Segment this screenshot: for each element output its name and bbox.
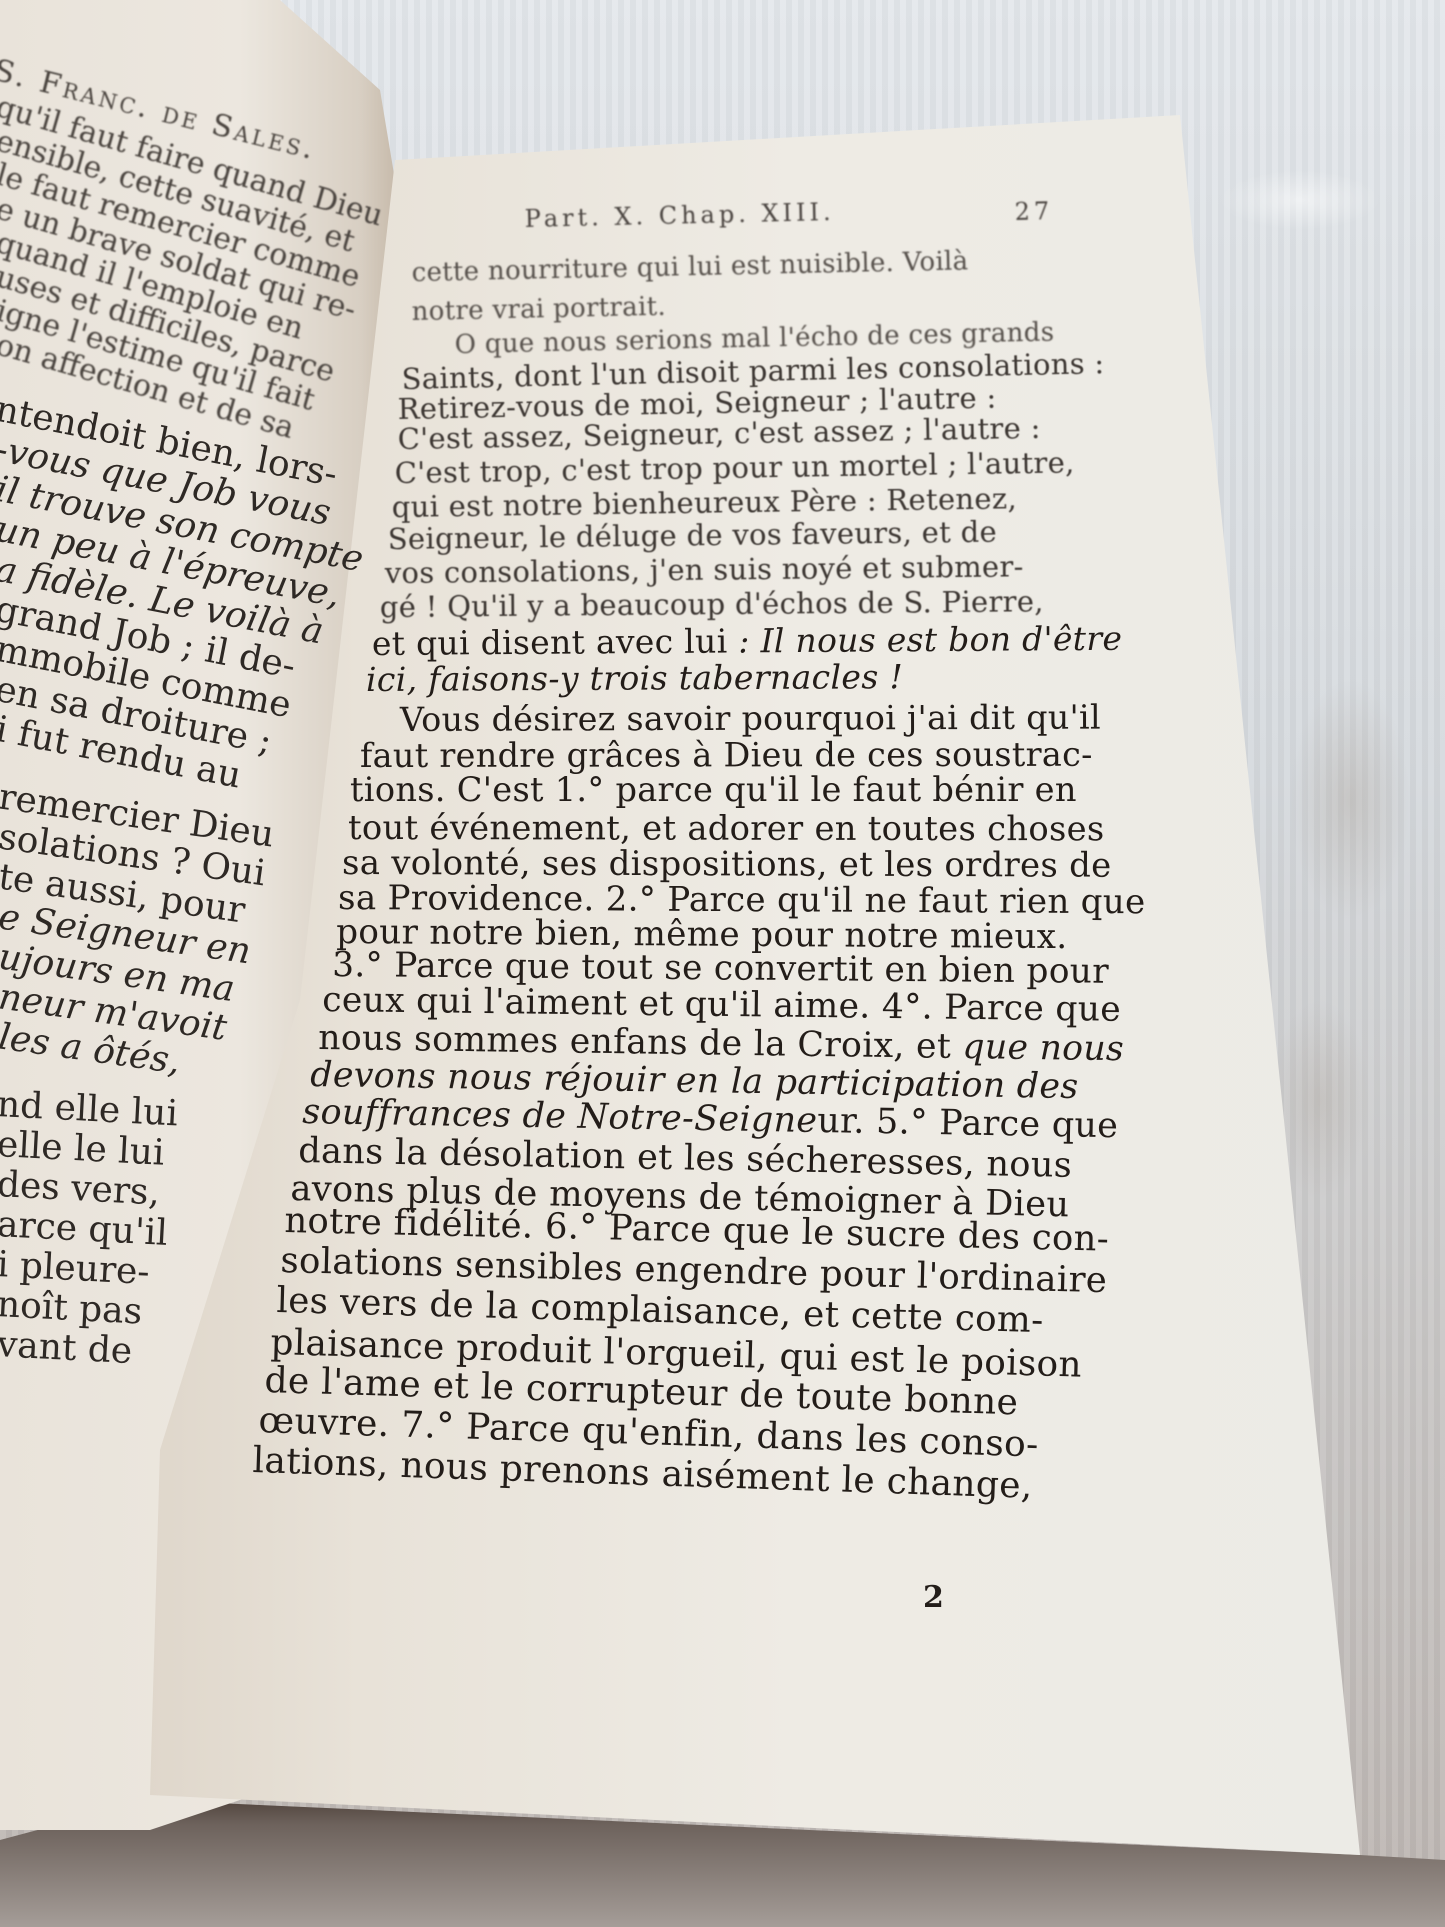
right-page-line: gé ! Qu'il y a beaucoup d'échos de S. Pi…: [380, 584, 1044, 624]
right-page-line: tions. C'est 1.° parce qu'il le faut bén…: [350, 770, 1077, 809]
right-page-line: faut rendre grâces à Dieu de ces soustra…: [360, 735, 1093, 775]
right-page-line: Vous désirez savoir pourquoi j'ai dit qu…: [400, 698, 1101, 739]
page-number: 27: [1014, 197, 1053, 226]
right-page-line: vos consolations, j'en suis noyé et subm…: [385, 549, 1024, 590]
signature-mark: 2: [923, 1580, 944, 1615]
left-page-line: vant de: [0, 1324, 133, 1372]
right-page-line: tout événement, et adorer en toutes chos…: [348, 808, 1105, 848]
right-page-line: notre vrai portrait.: [411, 292, 666, 327]
right-page-line: et qui disent avec lui : Il nous est bon…: [372, 619, 1123, 663]
right-page-line: ici, faisons-y trois tabernacles !: [366, 657, 903, 699]
